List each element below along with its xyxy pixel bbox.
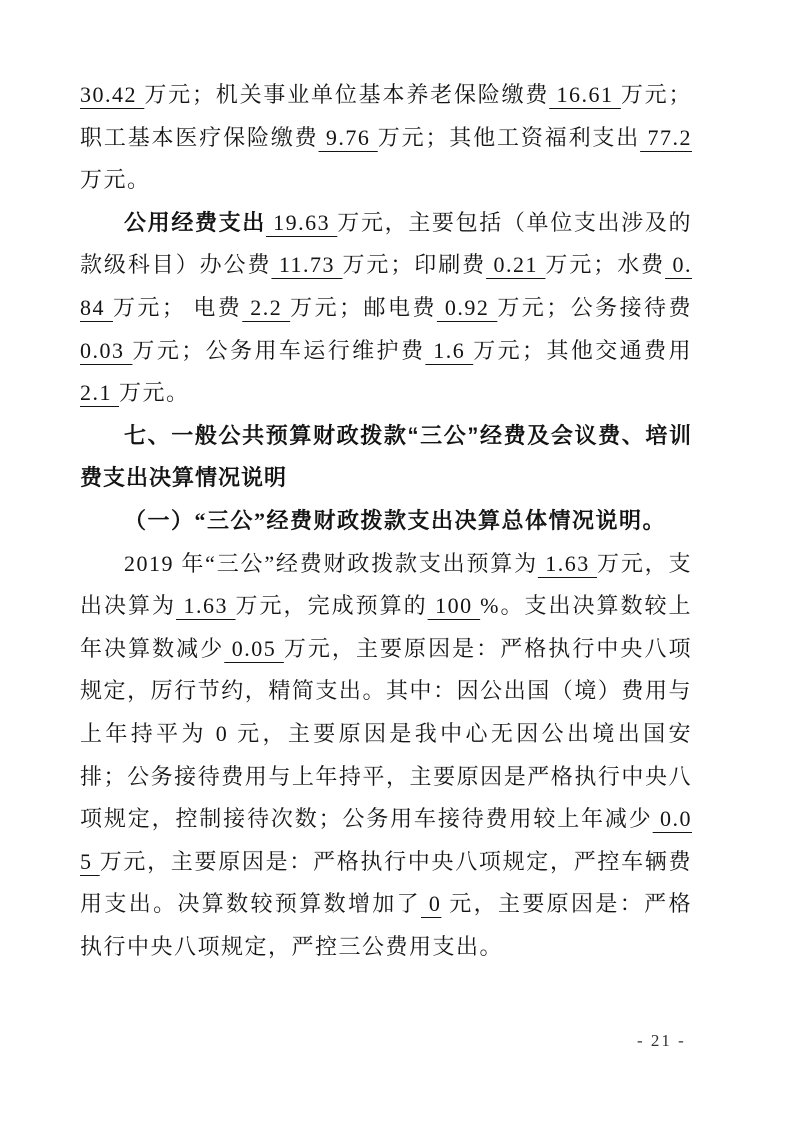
text-run: （一）“三公”经费财政拨款支出决算总体情况说明。 <box>124 508 666 533</box>
underlined-value: 2.2 <box>242 295 290 320</box>
paragraph-welfare-expense-continuation: 30.42 万元；机关事业单位基本养老保险缴费 16.61 万元；职工基本医疗保… <box>80 74 692 202</box>
underlined-value: 77.2 <box>640 125 692 150</box>
text-run: 万元，主要原因是：严格执行中央八项规定，厉行节约，精简支出。其中：因公出国（境）… <box>80 636 692 831</box>
underlined-value: 0.05 <box>224 636 284 661</box>
text-run: 万元；机关事业单位基本养老保险缴费 <box>144 82 549 107</box>
section-heading-seven: 七、一般公共预算财政拨款“三公”经费及会议费、培训费支出决算情况说明 <box>80 415 692 500</box>
text-run: 万元。 <box>80 167 151 192</box>
underlined-value: 9.76 <box>319 125 378 150</box>
text-run: 万元。 <box>119 380 190 405</box>
underlined-value: 0.92 <box>437 295 497 320</box>
paragraph-sangong-expense-detail: 2019 年“三公”经费财政拨款支出预算为 1.63 万元，支出决算为 1.63… <box>80 543 692 969</box>
text-run: 万元；其他交通费用 <box>473 338 692 363</box>
subsection-heading-one: （一）“三公”经费财政拨款支出决算总体情况说明。 <box>80 500 692 543</box>
text-run: 万元；印刷费 <box>342 252 486 277</box>
underlined-value: 11.73 <box>271 252 342 277</box>
text-run: 万元；公务用车运行维护费 <box>132 338 425 363</box>
underlined-value: 2.1 <box>80 380 119 405</box>
underlined-value: 19.63 <box>266 210 337 235</box>
text-run: 公用经费支出 <box>124 210 266 235</box>
text-run: 万元； 电费 <box>113 295 242 320</box>
underlined-value: 1.6 <box>425 338 473 363</box>
underlined-value: 0 <box>421 891 441 916</box>
paragraph-public-operating-expense: 公用经费支出 19.63 万元，主要包括（单位支出涉及的款级科目）办公费 11.… <box>80 202 692 415</box>
underlined-value: 100 <box>428 593 481 618</box>
text-run: 2019 年“三公”经费财政拨款支出预算为 <box>124 551 538 576</box>
underlined-value: 1.63 <box>176 593 236 618</box>
text-run: 万元，完成预算的 <box>236 593 428 618</box>
text-run: 万元；水费 <box>545 252 665 277</box>
text-run: 万元；邮电费 <box>290 295 437 320</box>
underlined-value: 16.61 <box>549 82 621 107</box>
page-number: - 21 - <box>637 1031 686 1051</box>
document-body: 30.42 万元；机关事业单位基本养老保险缴费 16.61 万元；职工基本医疗保… <box>80 74 692 968</box>
underlined-value: 0.21 <box>486 252 545 277</box>
underlined-value: 30.42 <box>80 82 144 107</box>
document-page: 30.42 万元；机关事业单位基本养老保险缴费 16.61 万元；职工基本医疗保… <box>0 0 793 1122</box>
text-run: 七、一般公共预算财政拨款“三公”经费及会议费、培训费支出决算情况说明 <box>80 423 692 491</box>
underlined-value: 1.63 <box>538 551 597 576</box>
underlined-value: 0.03 <box>80 338 132 363</box>
text-run: 万元；公务接待费 <box>497 295 692 320</box>
text-run: 万元；其他工资福利支出 <box>378 125 640 150</box>
